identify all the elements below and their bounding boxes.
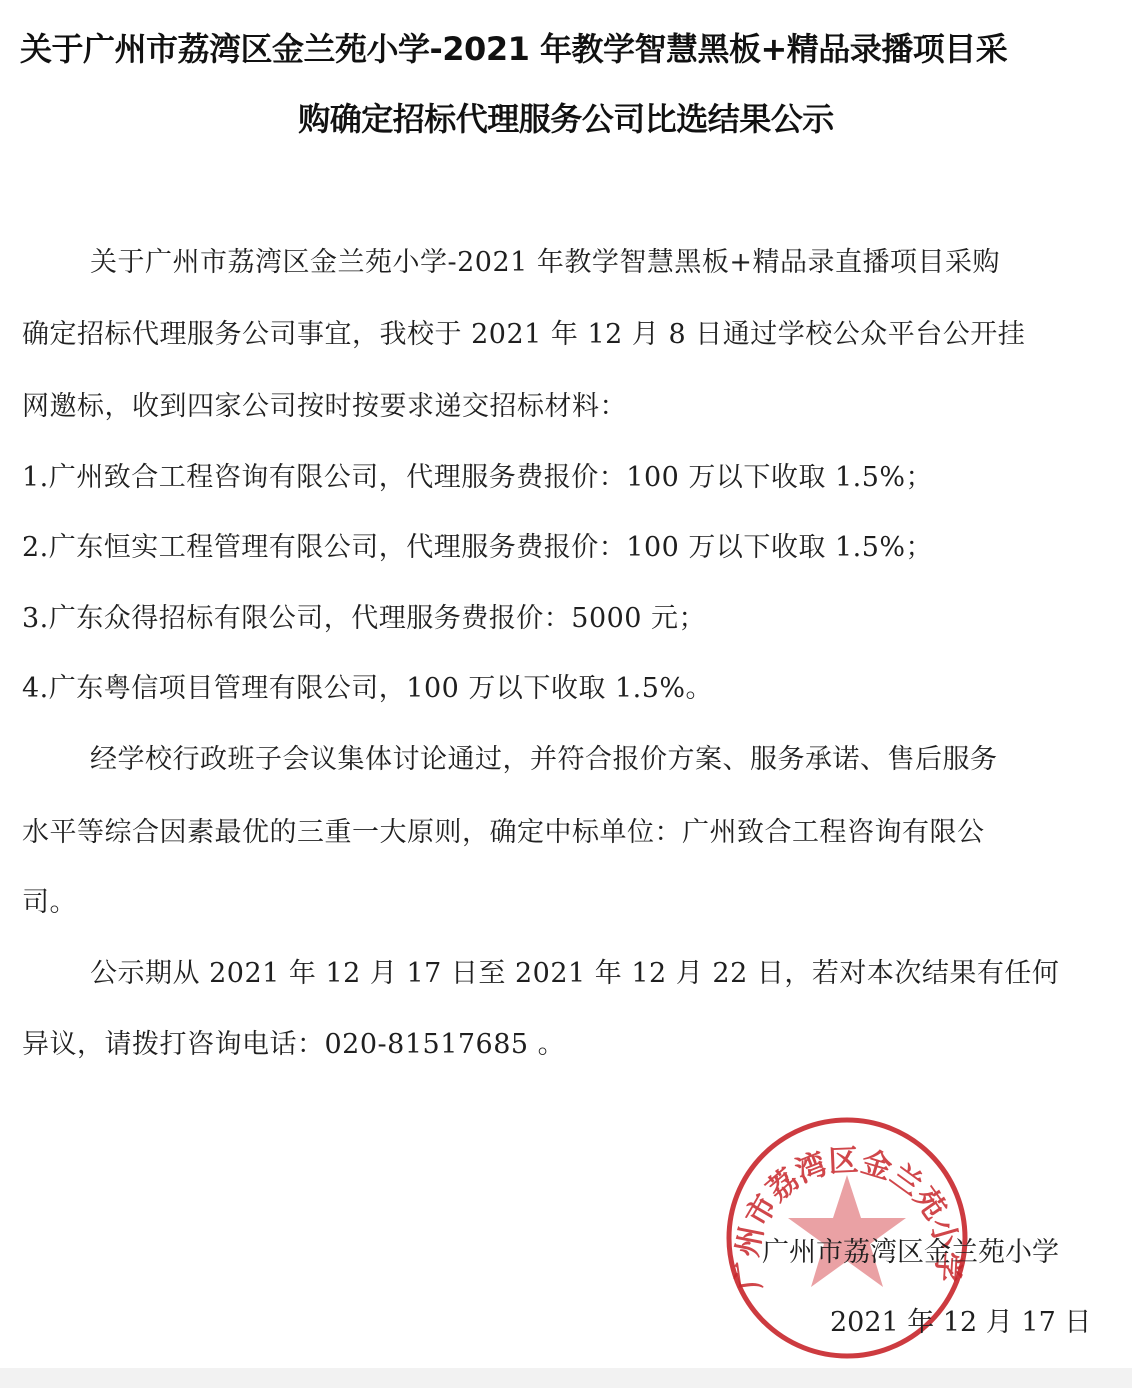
intro-line-1: 关于广州市荔湾区金兰苑小学-2021 年教学智慧黑板+精品录直播项目采购	[90, 240, 1000, 279]
page-bottom-edge	[0, 1368, 1132, 1388]
bidder-item-3: 3.广东众得招标有限公司，代理服务费报价：5000 元；	[22, 596, 706, 635]
bidder-item-4: 4.广东粤信项目管理有限公司，100 万以下收取 1.5%。	[22, 666, 713, 705]
bidder-item-2: 2.广东恒实工程管理有限公司，代理服务费报价：100 万以下收取 1.5%；	[22, 525, 933, 564]
signature-org: 广州市荔湾区金兰苑小学	[762, 1230, 1059, 1269]
document-title-line-1: 关于广州市荔湾区金兰苑小学-2021 年教学智慧黑板+精品录播项目采	[20, 24, 1120, 70]
intro-line-3: 网邀标，收到四家公司按时按要求递交招标材料：	[22, 384, 627, 423]
signature-date: 2021 年 12 月 17 日	[830, 1300, 1091, 1339]
decision-line-3: 司。	[22, 880, 77, 919]
intro-line-2: 确定招标代理服务公司事宜，我校于 2021 年 12 月 8 日通过学校公众平台…	[22, 312, 1025, 351]
decision-line-1: 经学校行政班子会议集体讨论通过，并符合报价方案、服务承诺、售后服务	[90, 737, 998, 776]
decision-line-2: 水平等综合因素最优的三重一大原则，确定中标单位：广州致合工程咨询有限公	[22, 810, 985, 849]
notice-line-2: 异议，请拨打咨询电话：020-81517685 。	[22, 1022, 565, 1061]
notice-line-1: 公示期从 2021 年 12 月 17 日至 2021 年 12 月 22 日，…	[90, 951, 1059, 990]
document-title-line-2: 购确定招标代理服务公司比选结果公示	[0, 94, 1132, 140]
bidder-item-1: 1.广州致合工程咨询有限公司，代理服务费报价：100 万以下收取 1.5%；	[22, 455, 933, 494]
